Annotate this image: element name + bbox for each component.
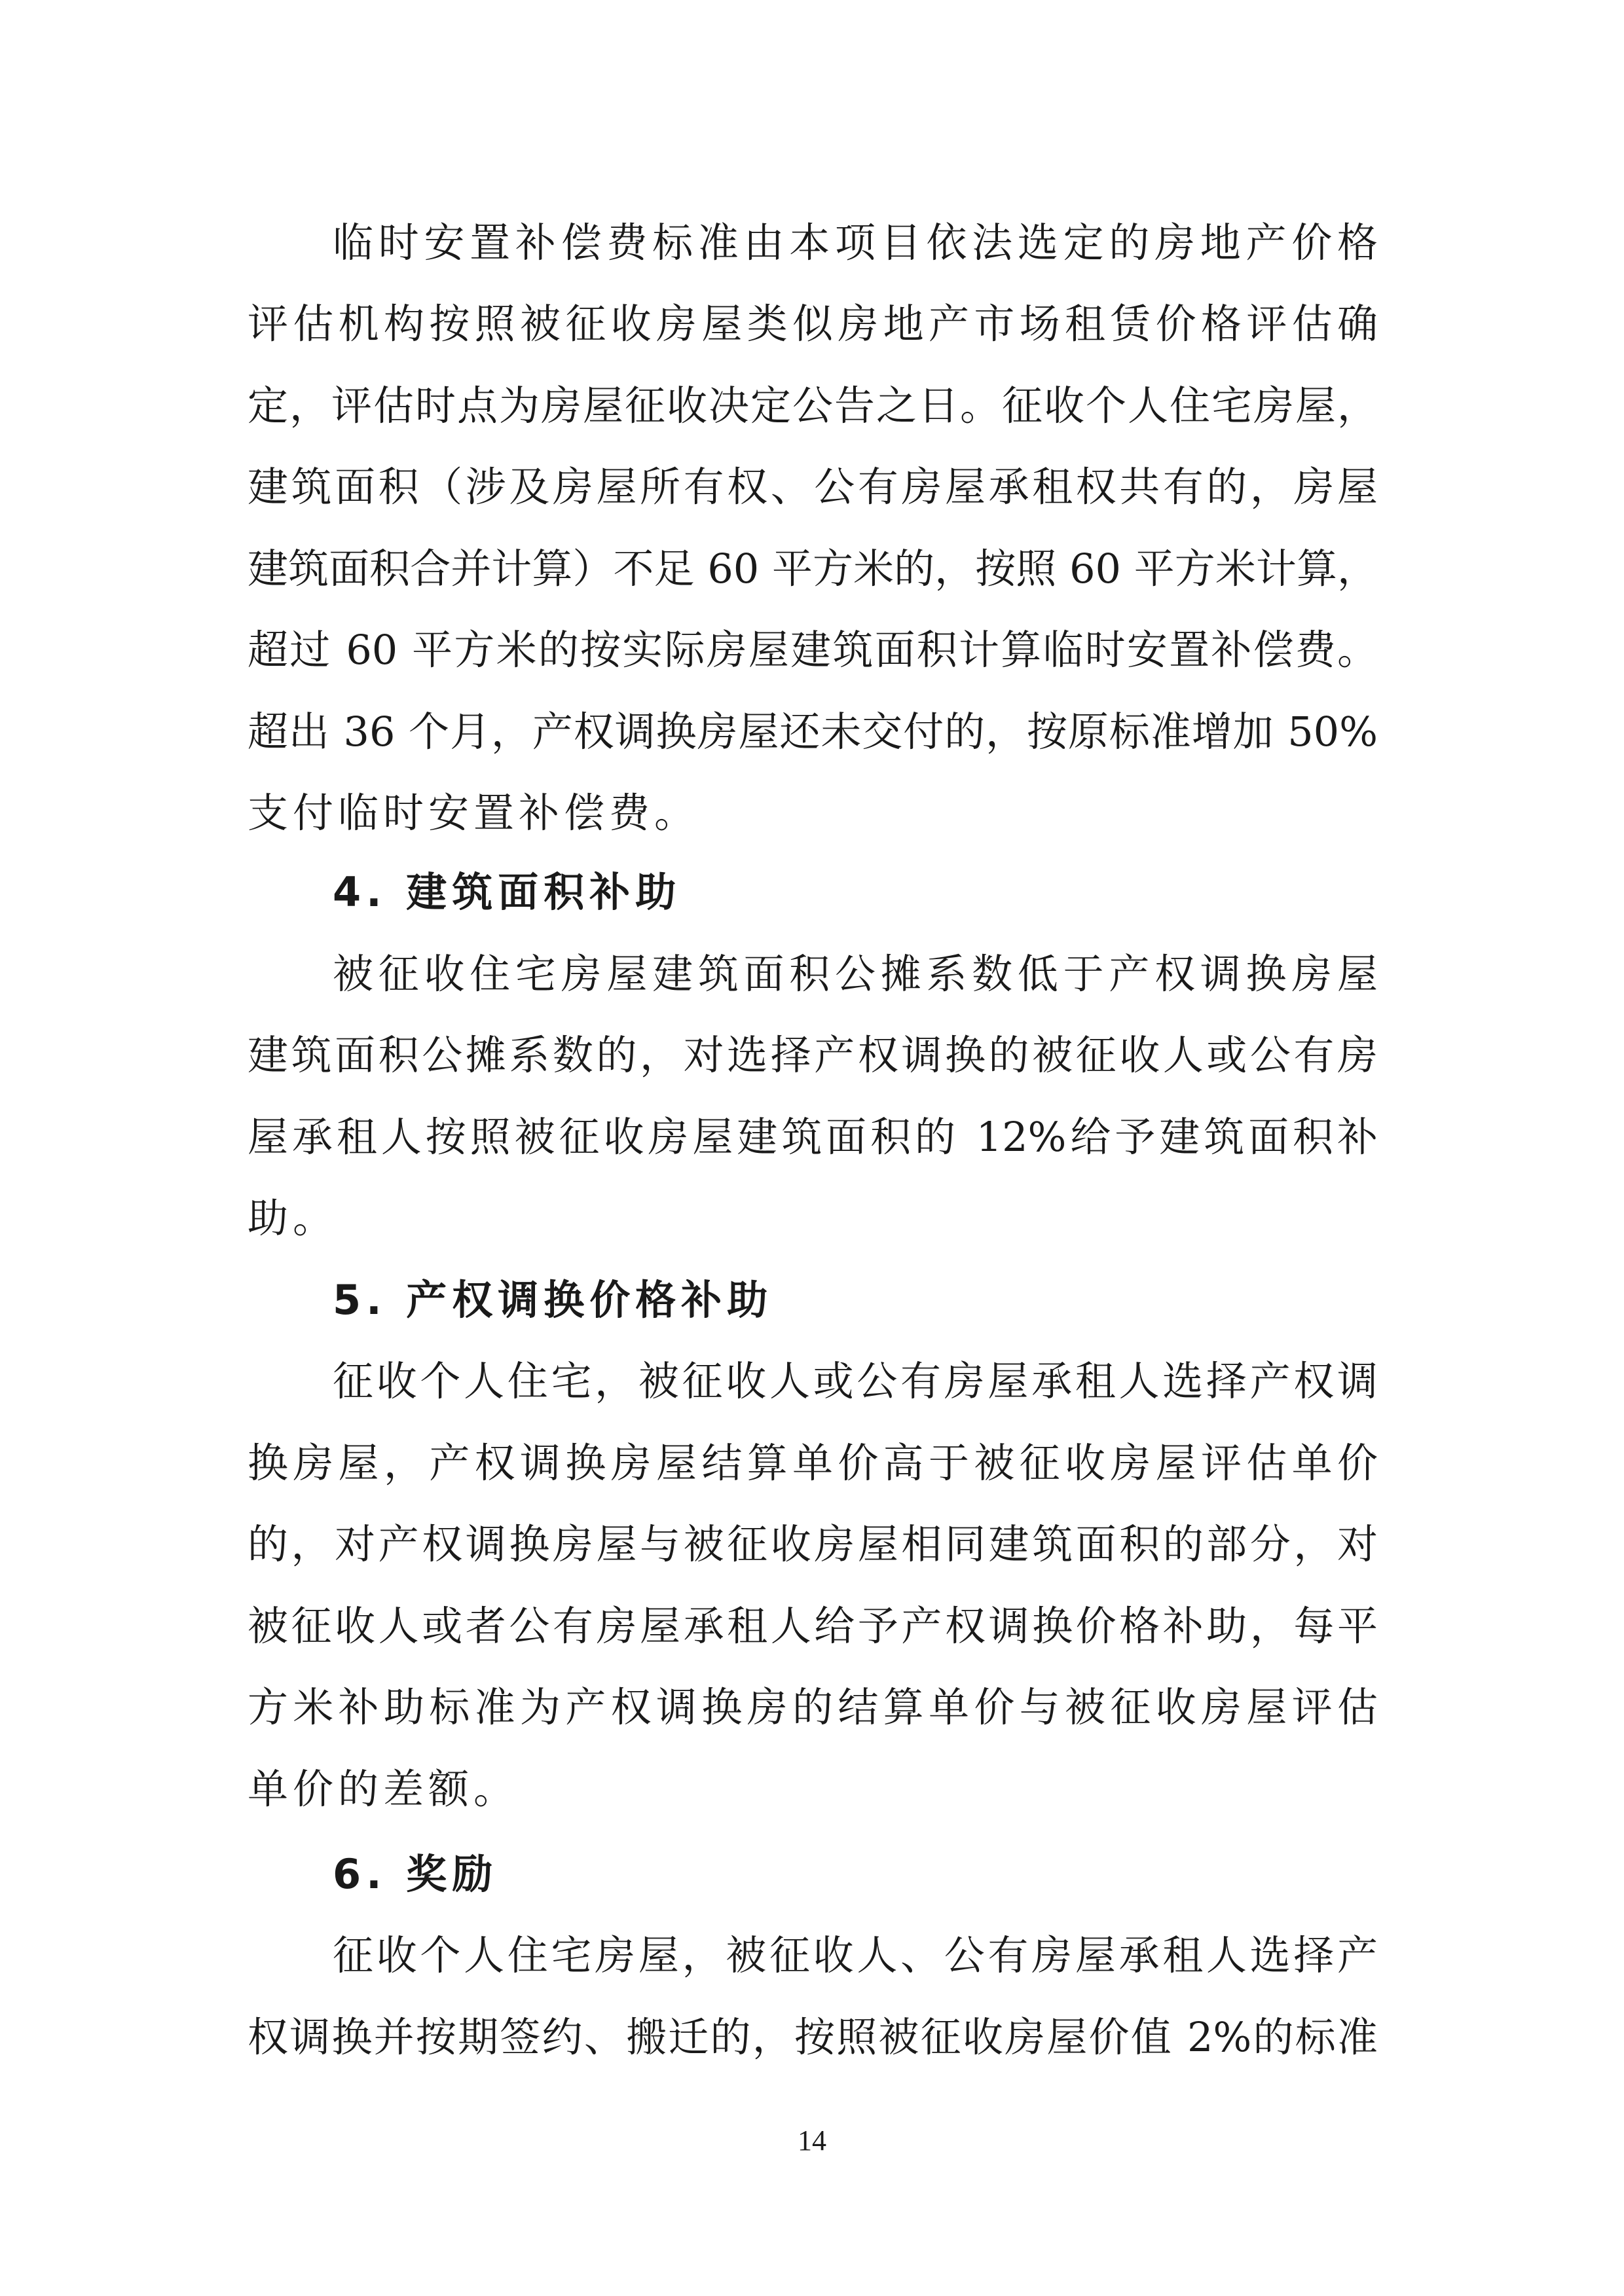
paragraph-line: 超出 36 个月，产权调换房屋还未交付的，按原标准增加 50% [248, 709, 1378, 790]
paragraph-line: 单价的差额。 [248, 1766, 1378, 1848]
paragraph-line: 建筑面积公摊系数的，对选择产权调换的被征收人或公有房 [248, 1032, 1378, 1114]
page-number: 14 [779, 2124, 845, 2157]
paragraph-line: 方米补助标准为产权调换房的结算单价与被征收房屋评估 [248, 1685, 1378, 1766]
paragraph-line: 建筑面积合并计算）不足 60 平方米的，按照 60 平方米计算， [248, 546, 1378, 627]
paragraph-line: 换房屋，产权调换房屋结算单价高于被征收房屋评估单价 [248, 1440, 1378, 1522]
paragraph-line: 屋承租人按照被征收房屋建筑面积的 12%给予建筑面积补 [248, 1114, 1378, 1195]
paragraph-line: 支付临时安置补偿费。 [248, 790, 1378, 871]
paragraph-line: 征收个人住宅，被征收人或公有房屋承租人选择产权调 [333, 1358, 1378, 1440]
paragraph-line: 评估机构按照被征收房屋类似房地产市场租赁价格评估确 [248, 301, 1378, 382]
section-heading-6: 6. 奖励 [333, 1851, 1378, 1933]
document-page: 临时安置补偿费标准由本项目依法选定的房地产价格 评估机构按照被征收房屋类似房地产… [0, 0, 1624, 2296]
paragraph-line: 超过 60 平方米的按实际房屋建筑面积计算临时安置补偿费。 [248, 627, 1378, 708]
section-heading-4: 4. 建筑面积补助 [333, 869, 1378, 951]
paragraph-line: 征收个人住宅房屋，被征收人、公有房屋承租人选择产 [333, 1933, 1378, 2014]
paragraph-line: 权调换并按期签约、搬迁的，按照被征收房屋价值 2%的标准 [248, 2014, 1378, 2096]
paragraph-line: 建筑面积（涉及房屋所有权、公有房屋承租权共有的，房屋 [248, 464, 1378, 545]
paragraph-line: 的，对产权调换房屋与被征收房屋相同建筑面积的部分，对 [248, 1522, 1378, 1603]
paragraph-line: 定，评估时点为房屋征收决定公告之日。征收个人住宅房屋， [248, 383, 1378, 464]
paragraph-line: 被征收人或者公有房屋承租人给予产权调换价格补助，每平 [248, 1603, 1378, 1685]
paragraph-line: 临时安置补偿费标准由本项目依法选定的房地产价格 [333, 220, 1378, 301]
section-heading-5: 5. 产权调换价格补助 [333, 1277, 1378, 1358]
paragraph-line: 被征收住宅房屋建筑面积公摊系数低于产权调换房屋 [333, 951, 1378, 1032]
paragraph-line: 助。 [248, 1195, 1378, 1277]
